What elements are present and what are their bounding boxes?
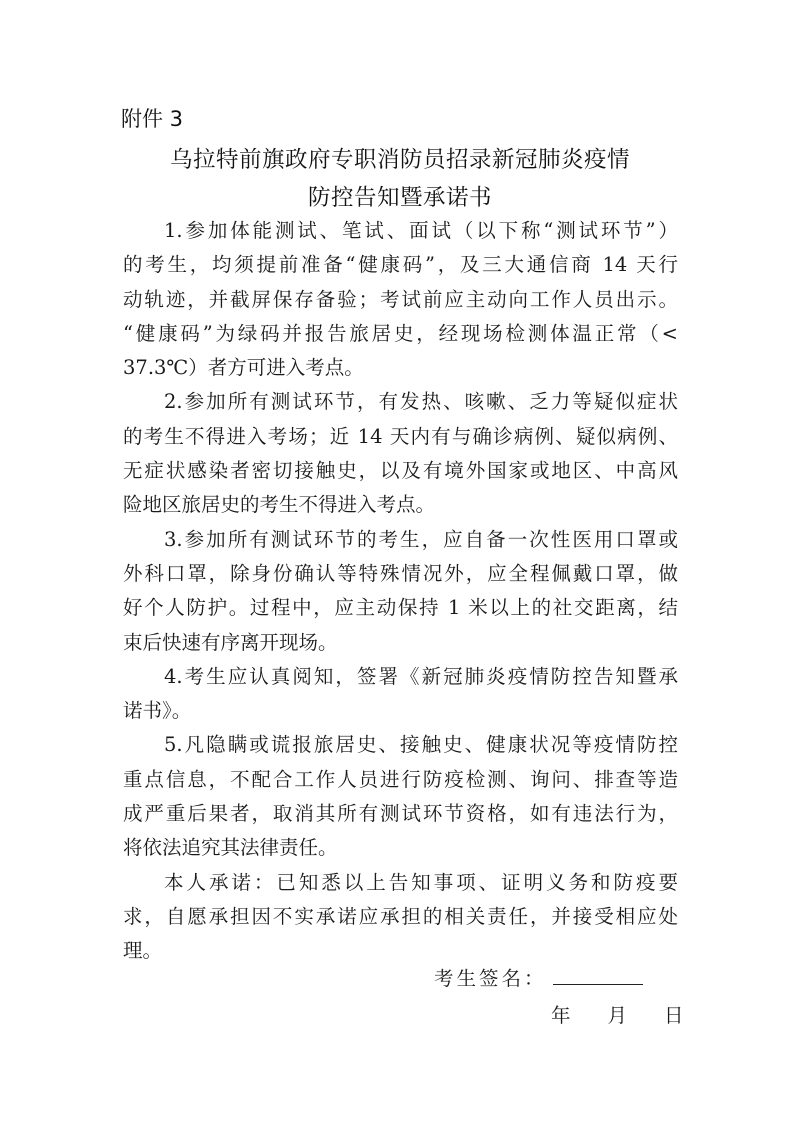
paragraph-2: 2.参加所有测试环节，有发热、咳嗽、乏力等疑似症状 的考生不得进入考场；近 14… <box>123 385 678 522</box>
signature-row: 考生签名： <box>434 963 643 991</box>
text-line: 将依法追究其法律责任。 <box>123 831 678 865</box>
text-line: 的考生不得进入考场；近 14 天内有与确诊病例、疑似病例、 <box>123 420 678 454</box>
text-line: 本人承诺：已知悉以上告知事项、证明义务和防疫要 <box>123 866 678 900</box>
text-line: 好个人防护。过程中，应主动保持 1 米以上的社交距离，结 <box>123 591 678 625</box>
text-line: 束后快速有序离开现场。 <box>123 626 678 660</box>
document-body: 1.参加体能测试、笔试、面试（以下称“测试环节”） 的考生，均须提前准备“健康码… <box>123 214 678 969</box>
date-row: 年月日 <box>551 1000 684 1028</box>
date-month-label: 月 <box>608 1000 628 1028</box>
commitment-paragraph: 本人承诺：已知悉以上告知事项、证明义务和防疫要 求，自愿承担因不实承诺应承担的相… <box>123 866 678 969</box>
text-line: 诺书》。 <box>123 694 678 728</box>
text-line: 1.参加体能测试、笔试、面试（以下称“测试环节”） <box>123 214 678 248</box>
document-title-line2: 防控告知暨承诺书 <box>0 180 800 212</box>
text-line: 重点信息，不配合工作人员进行防疫检测、询问、排查等造 <box>123 763 678 797</box>
paragraph-5: 5.凡隐瞒或谎报旅居史、接触史、健康状况等疫情防控 重点信息，不配合工作人员进行… <box>123 728 678 865</box>
signature-label: 考生签名： <box>434 967 547 990</box>
attachment-label: 附件 3 <box>121 103 183 133</box>
text-line: 动轨迹，并截屏保存备验；考试前应主动向工作人员出示。 <box>123 283 678 317</box>
text-line: 险地区旅居史的考生不得进入考点。 <box>123 488 678 522</box>
paragraph-3: 3.参加所有测试环节的考生，应自备一次性医用口罩或 外科口罩，除身份确认等特殊情… <box>123 523 678 660</box>
text-line: 求，自愿承担因不实承诺应承担的相关责任，并接受相应处 <box>123 900 678 934</box>
text-line: 37.3℃）者方可进入考点。 <box>123 351 678 385</box>
text-line: 的考生，均须提前准备“健康码”，及三大通信商 14 天行 <box>123 248 678 282</box>
text-line: 3.参加所有测试环节的考生，应自备一次性医用口罩或 <box>123 523 678 557</box>
text-line: 2.参加所有测试环节，有发热、咳嗽、乏力等疑似症状 <box>123 385 678 419</box>
paragraph-1: 1.参加体能测试、笔试、面试（以下称“测试环节”） 的考生，均须提前准备“健康码… <box>123 214 678 385</box>
paragraph-4: 4.考生应认真阅知，签署《新冠肺炎疫情防控告知暨承 诺书》。 <box>123 660 678 729</box>
date-day-label: 日 <box>664 1000 684 1028</box>
text-line: 4.考生应认真阅知，签署《新冠肺炎疫情防控告知暨承 <box>123 660 678 694</box>
document-page: 附件 3 乌拉特前旗政府专职消防员招录新冠肺炎疫情 防控告知暨承诺书 1.参加体… <box>0 0 800 1131</box>
text-line: 外科口罩，除身份确认等特殊情况外，应全程佩戴口罩，做 <box>123 557 678 591</box>
text-line: “健康码”为绿码并报告旅居史，经现场检测体温正常（< <box>123 317 678 351</box>
text-line: 无症状感染者密切接触史，以及有境外国家或地区、中高风 <box>123 454 678 488</box>
signature-line <box>553 964 643 985</box>
document-title-line1: 乌拉特前旗政府专职消防员招录新冠肺炎疫情 <box>0 142 800 174</box>
text-line: 成严重后果者，取消其所有测试环节资格，如有违法行为， <box>123 797 678 831</box>
text-line: 5.凡隐瞒或谎报旅居史、接触史、健康状况等疫情防控 <box>123 728 678 762</box>
date-year-label: 年 <box>551 1000 571 1028</box>
